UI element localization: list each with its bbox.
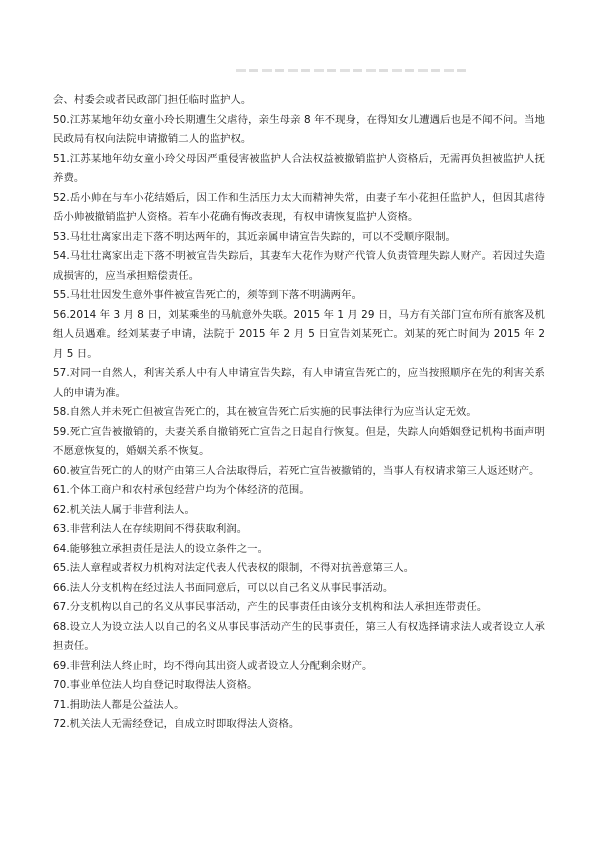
statement-57: 57.对同一自然人，利害关系人中有人申请宣告失踪，有人申请宣告死亡的，应当按照顺… [53, 364, 545, 403]
statement-65: 65.法人章程或者权力机构对法定代表人代表权的限制，不得对抗善意第三人。 [53, 559, 545, 579]
statement-66: 66.法人分支机构在经过法人书面同意后，可以以自己名义从事民事活动。 [53, 579, 545, 599]
statement-70: 70.事业单位法人均自登记时取得法人资格。 [53, 676, 545, 696]
statement-54: 54.马壮壮离家出走下落不明被宣告失踪后，其妻车大花作为财产代管人负责管理失踪人… [53, 247, 545, 286]
paragraph-continuation: 会、村委会或者民政部门担任临时监护人。 [53, 91, 545, 111]
statement-52: 52.岳小帅在与车小花结婚后，因工作和生活压力太大而精神失常，由妻子车小花担任监… [53, 189, 545, 228]
statement-71: 71.捐助法人都是公益法人。 [53, 696, 545, 716]
statement-68: 68.设立人为设立法人以自己的名义从事民事活动产生的民事责任，第三人有权选择请求… [53, 618, 545, 657]
statement-55: 55.马壮壮因发生意外事件被宣告死亡的，须等到下落不明满两年。 [53, 286, 545, 306]
statement-56: 56.2014 年 3 月 8 日，刘某乘坐的马航意外失联。2015 年 1 月… [53, 306, 545, 365]
statement-69: 69.非营利法人终止时，均不得向其出资人或者设立人分配剩余财产。 [53, 657, 545, 677]
statement-50: 50.江苏某地年幼女童小玲长期遭生父虐待，亲生母亲 8 年不现身，在得知女儿遭遇… [53, 111, 545, 150]
statement-51: 51.江苏某地年幼女童小玲父母因严重侵害被监护人合法权益被撤销监护人资格后，无需… [53, 150, 545, 189]
statement-58: 58.自然人并未死亡但被宣告死亡的，其在被宣告死亡后实施的民事法律行为应当认定无… [53, 403, 545, 423]
document-body: 会、村委会或者民政部门担任临时监护人。 50.江苏某地年幼女童小玲长期遭生父虐待… [53, 91, 545, 735]
statement-60: 60.被宣告死亡的人的财产由第三人合法取得后，若死亡宣告被撤销的，当事人有权请求… [53, 462, 545, 482]
statement-63: 63.非营利法人在存续期间不得获取利润。 [53, 520, 545, 540]
statement-62: 62.机关法人属于非营利法人。 [53, 501, 545, 521]
statement-61: 61.个体工商户和农村承包经营户均为个体经济的范围。 [53, 481, 545, 501]
statement-53: 53.马壮壮离家出走下落不明达两年的，其近亲属申请宣告失踪的，可以不受顺序限制。 [53, 228, 545, 248]
statement-64: 64.能够独立承担责任是法人的设立条件之一。 [53, 540, 545, 560]
statement-59: 59.死亡宣告被撤销的，夫妻关系自撤销死亡宣告之日起自行恢复。但是，失踪人向婚姻… [53, 423, 545, 462]
statement-72: 72.机关法人无需经登记，自成立时即取得法人资格。 [53, 715, 545, 735]
page-header-illegible [236, 69, 468, 72]
statement-67: 67.分支机构以自己的名义从事民事活动，产生的民事责任由该分支机构和法人承担连带… [53, 598, 545, 618]
